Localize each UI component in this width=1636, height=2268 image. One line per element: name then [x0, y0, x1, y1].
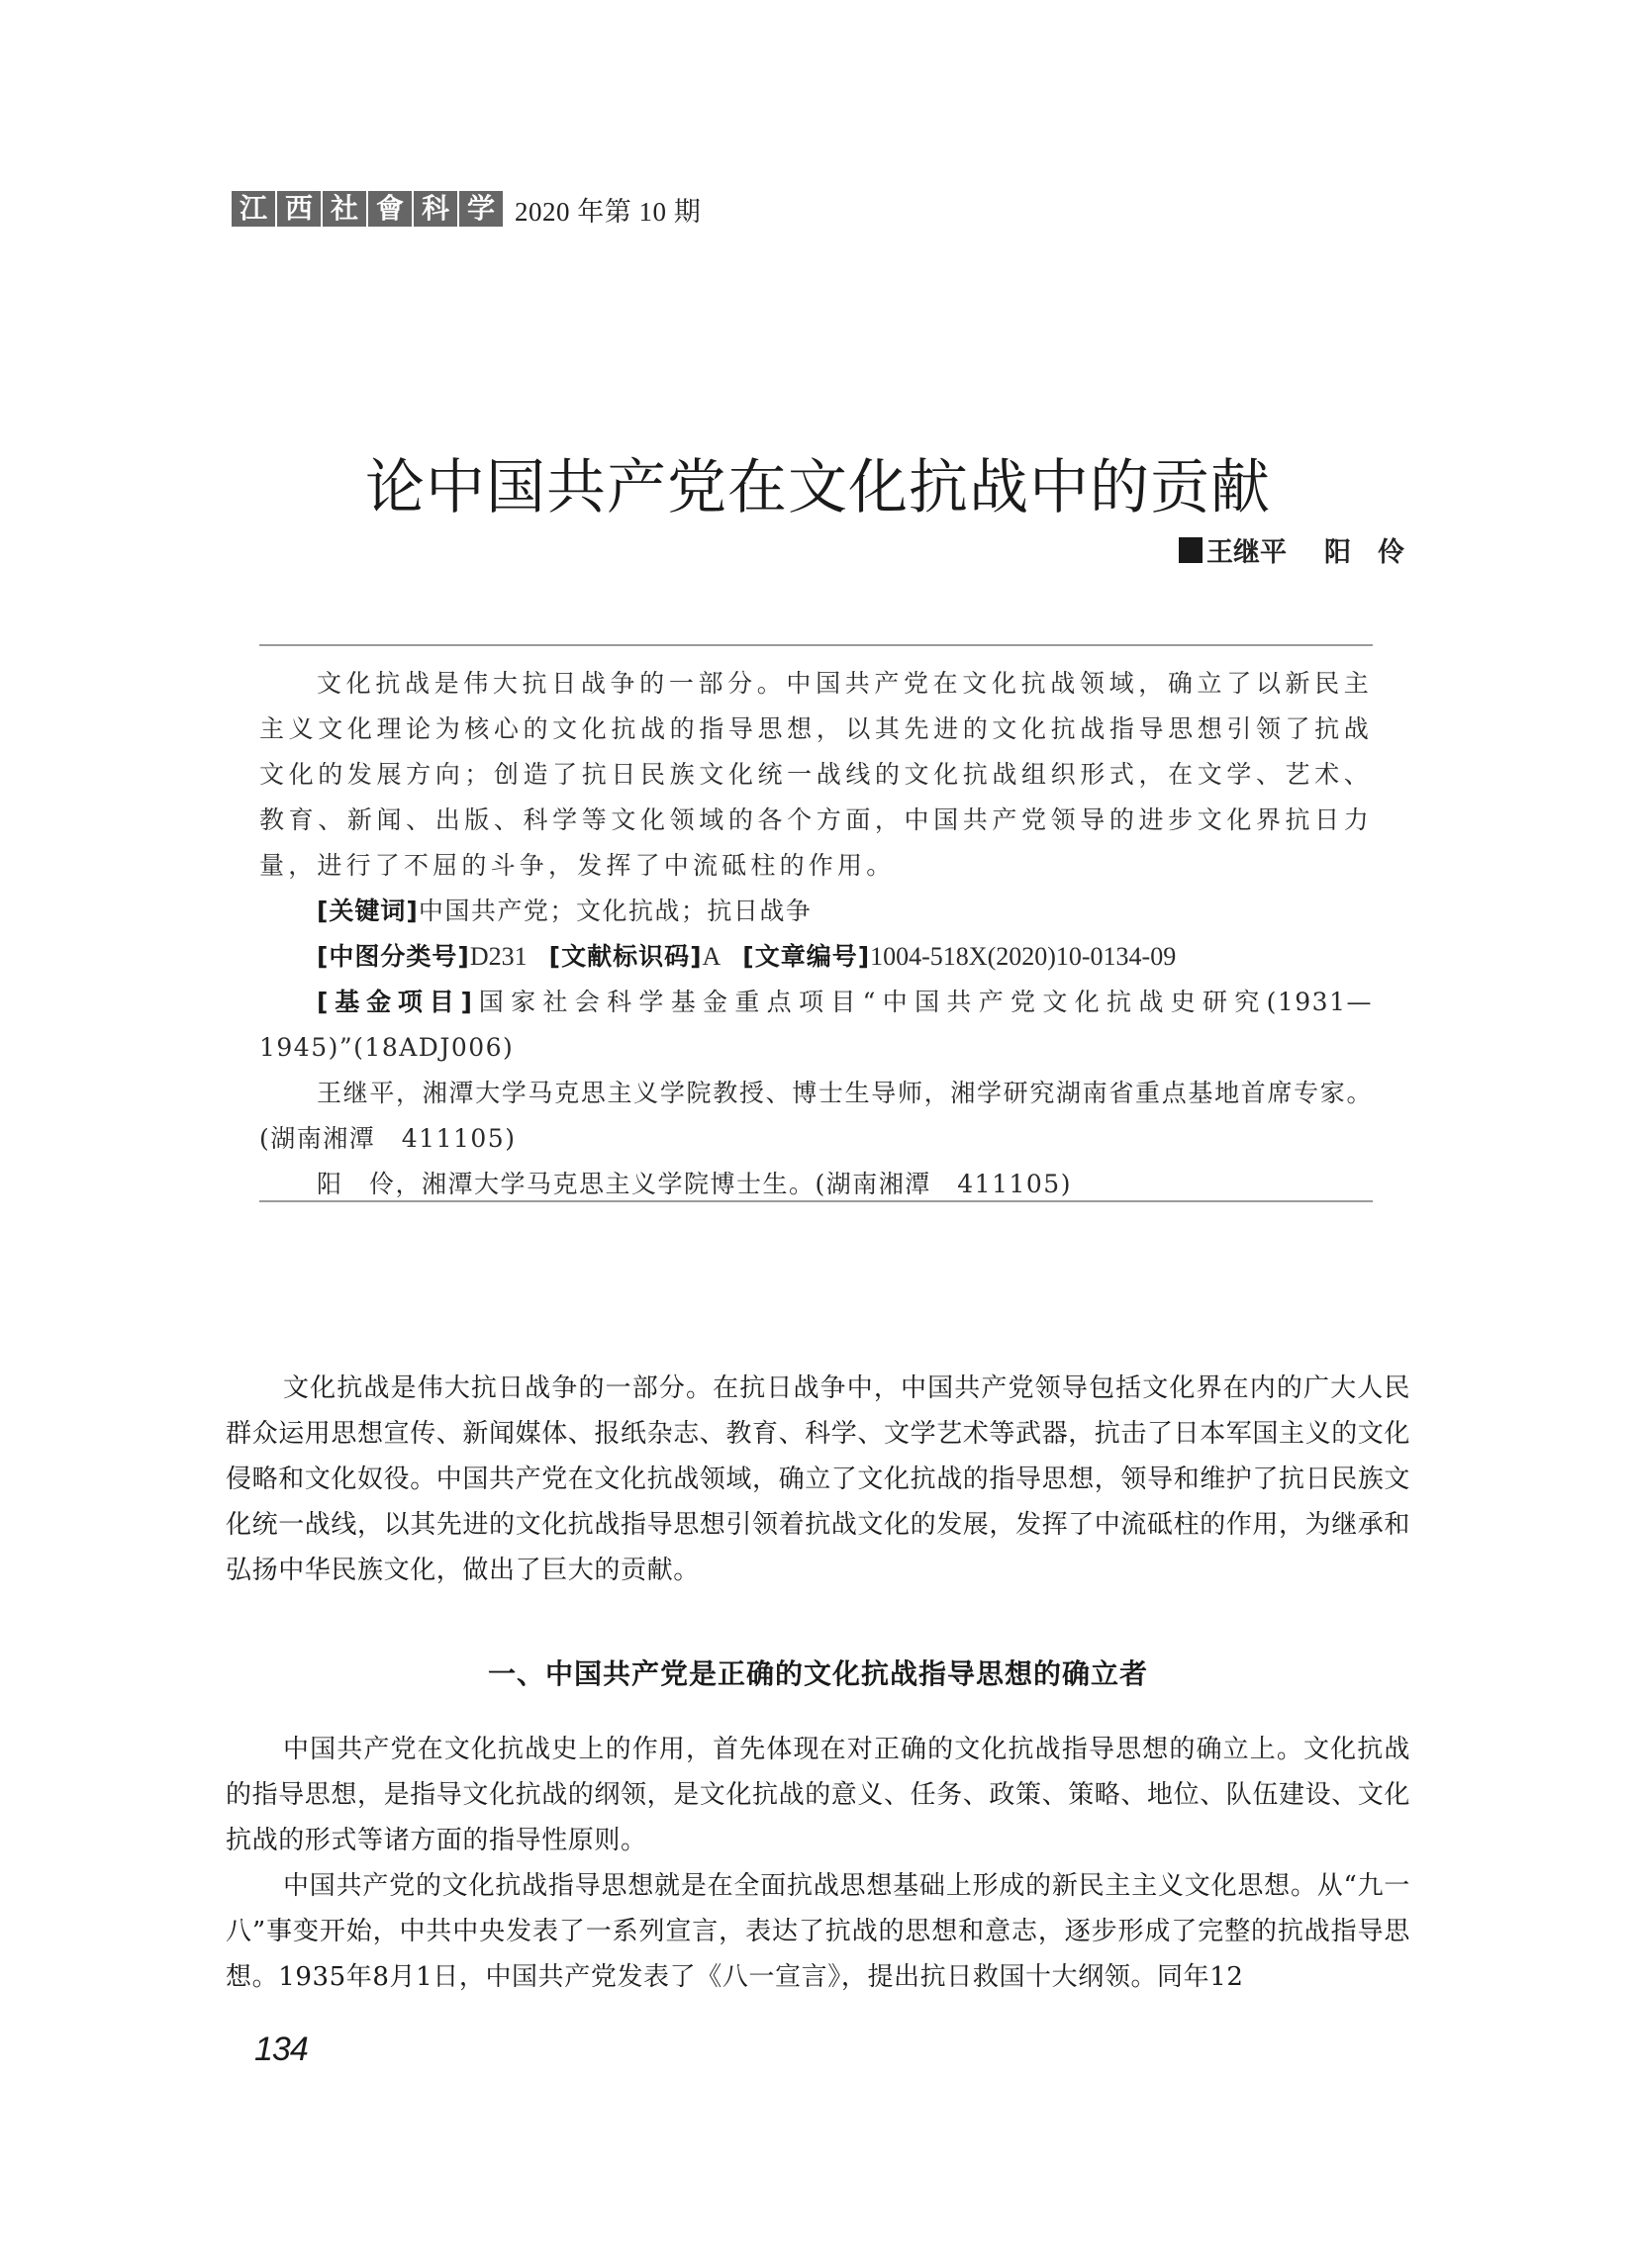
- journal-masthead: 江 西 社 會 科 学 2020 年第 10 期: [232, 190, 701, 228]
- body-paragraph: 中国共产党在文化抗战史上的作用，首先体现在对正确的文化抗战指导思想的确立上。文化…: [226, 1727, 1410, 1863]
- fund-line: [基金项目]国家社会科学基金重点项目“中国共产党文化抗战史研究(1931—194…: [259, 980, 1373, 1071]
- article-title: 论中国共产党在文化抗战中的贡献: [0, 440, 1636, 525]
- logo-char: 科: [414, 191, 457, 227]
- logo-char: 西: [277, 191, 321, 227]
- author-line: 王继平 阳 伶: [1179, 530, 1404, 569]
- doc-code-value: A: [703, 942, 722, 971]
- logo-char: 学: [459, 191, 503, 227]
- author-marker-icon: [1179, 537, 1203, 563]
- body-paragraph: 中国共产党的文化抗战指导思想就是在全面抗战思想基础上形成的新民主主义文化思想。从…: [226, 1863, 1410, 2000]
- classification-line: [中图分类号]D231[文献标识码]A[文章编号]1004-518X(2020)…: [259, 934, 1373, 980]
- journal-logo: 江 西 社 會 科 学: [232, 191, 503, 227]
- abstract-block: 文化抗战是伟大抗日战争的一部分。中国共产党在文化抗战领域，确立了以新民主主义文化…: [259, 661, 1373, 1207]
- article-no-value: 1004-518X(2020)10-0134-09: [870, 942, 1176, 971]
- clc-label: [中图分类号]: [317, 942, 470, 971]
- abstract-top-rule: [259, 644, 1373, 646]
- article-body-section-1: 中国共产党在文化抗战史上的作用，首先体现在对正确的文化抗战指导思想的确立上。文化…: [226, 1727, 1410, 2000]
- keywords-label: [关键词]: [317, 897, 419, 925]
- logo-char: 社: [323, 191, 366, 227]
- keywords-line: [关键词]中国共产党；文化抗战；抗日战争: [259, 889, 1373, 934]
- article-no-label: [文章编号]: [742, 942, 870, 971]
- author-name: 王继平: [1206, 530, 1287, 569]
- fund-label: [基金项目]: [317, 988, 473, 1016]
- issue-label: 2020 年第 10 期: [515, 190, 701, 229]
- section-heading: 一、中国共产党是正确的文化抗战指导思想的确立者: [0, 1653, 1636, 1692]
- logo-char: 江: [232, 191, 275, 227]
- logo-char: 會: [368, 191, 412, 227]
- clc-value: D231: [470, 942, 528, 971]
- body-paragraph: 文化抗战是伟大抗日战争的一部分。在抗日战争中，中国共产党领导包括文化界在内的广大…: [226, 1366, 1410, 1593]
- article-body-intro: 文化抗战是伟大抗日战争的一部分。在抗日战争中，中国共产党领导包括文化界在内的广大…: [226, 1366, 1410, 1593]
- abstract-bottom-rule: [259, 1200, 1373, 1202]
- doc-code-label: [文献标识码]: [549, 942, 703, 971]
- page-number: 134: [254, 2031, 308, 2069]
- author-name: 阳 伶: [1324, 530, 1404, 569]
- abstract-text: 文化抗战是伟大抗日战争的一部分。中国共产党在文化抗战领域，确立了以新民主主义文化…: [259, 661, 1373, 889]
- keywords-value: 中国共产党；文化抗战；抗日战争: [419, 897, 813, 925]
- author-bio: 王继平，湘潭大学马克思主义学院教授、博士生导师，湘学研究湖南省重点基地首席专家。…: [259, 1071, 1373, 1162]
